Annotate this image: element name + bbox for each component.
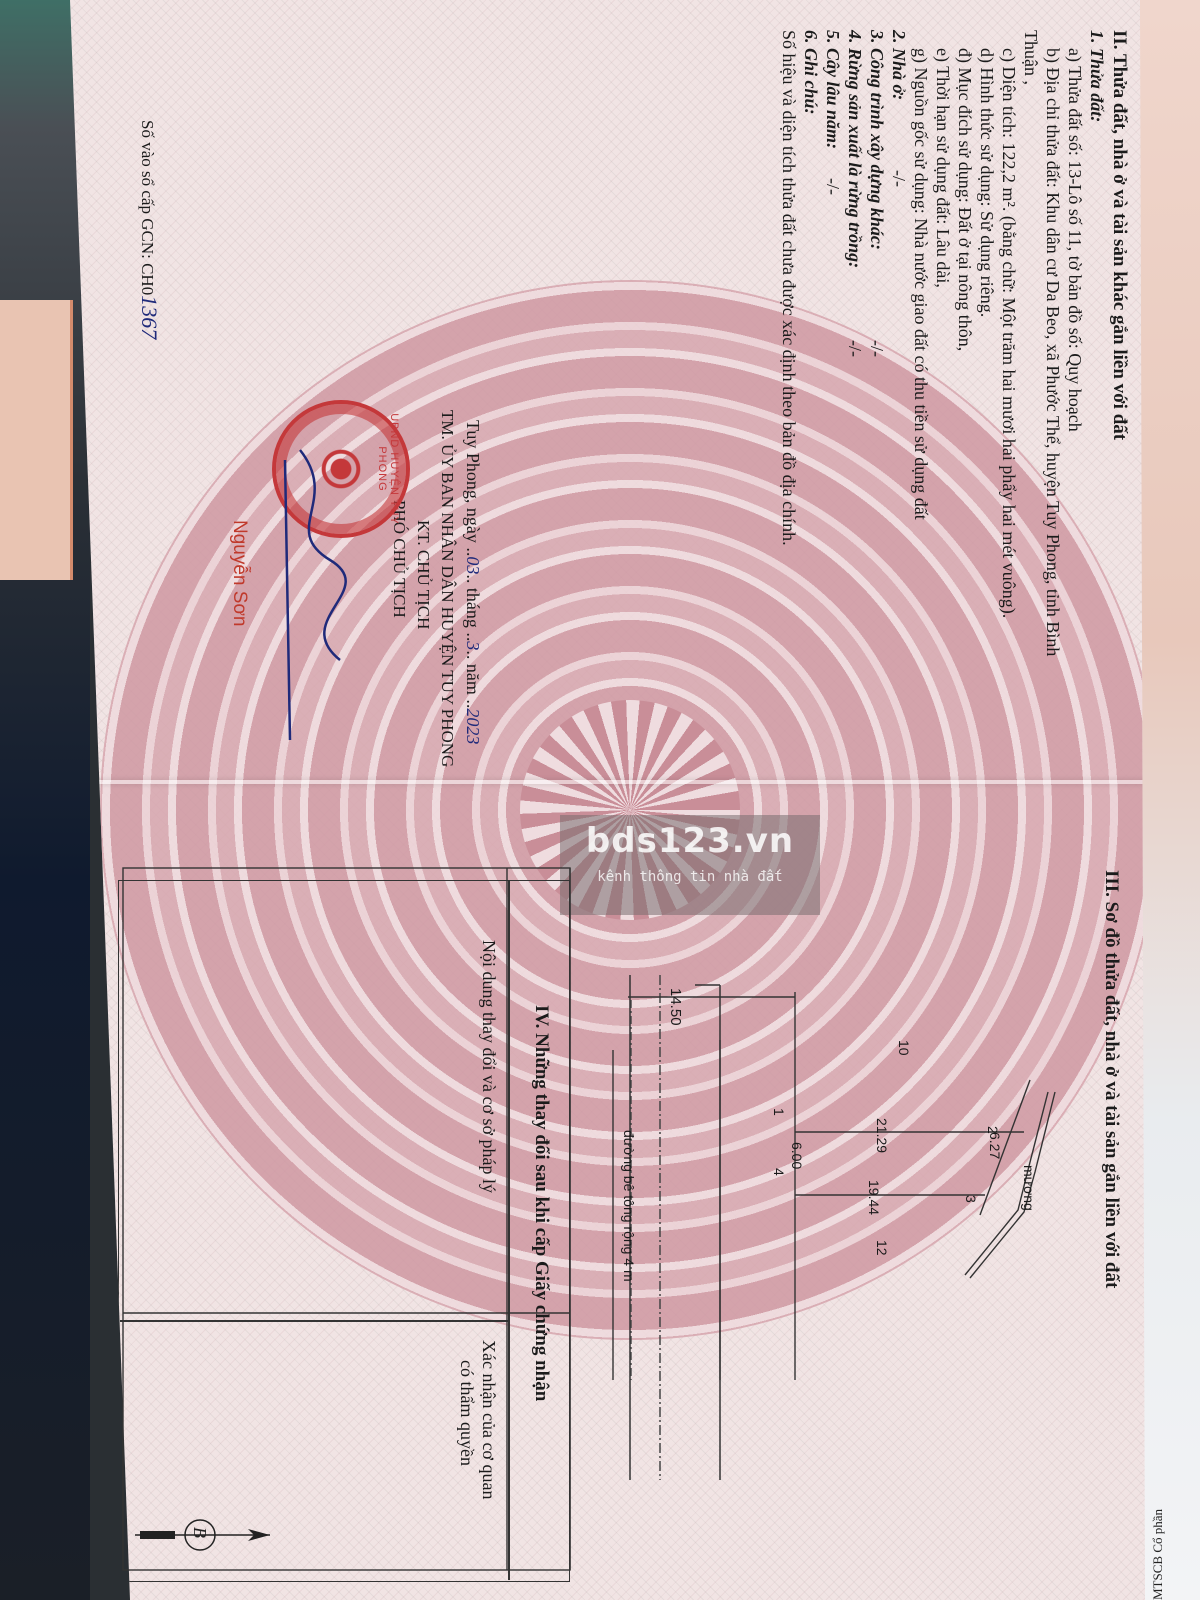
neighbor-parcel-12: 12 bbox=[871, 1240, 893, 1256]
canal-label: mương bbox=[1018, 1165, 1040, 1211]
road-label: đường bê tông rộng 4 m bbox=[618, 1130, 640, 1282]
edge-2-3-length: 6.27 bbox=[984, 1132, 1006, 1159]
road-offset-label: 14.50 bbox=[664, 988, 686, 1026]
parcel-diagram-overlay bbox=[0, 0, 1200, 1600]
point-3: 3 bbox=[960, 1195, 982, 1203]
edge-3-4-length: 19.44 bbox=[863, 1180, 885, 1215]
edge-1-2-length: 21.29 bbox=[871, 1118, 893, 1153]
edge-4-1-length: 6.00 bbox=[786, 1142, 808, 1169]
neighbor-parcel-10: 10 bbox=[893, 1040, 915, 1056]
point-1: 1 bbox=[768, 1108, 790, 1116]
